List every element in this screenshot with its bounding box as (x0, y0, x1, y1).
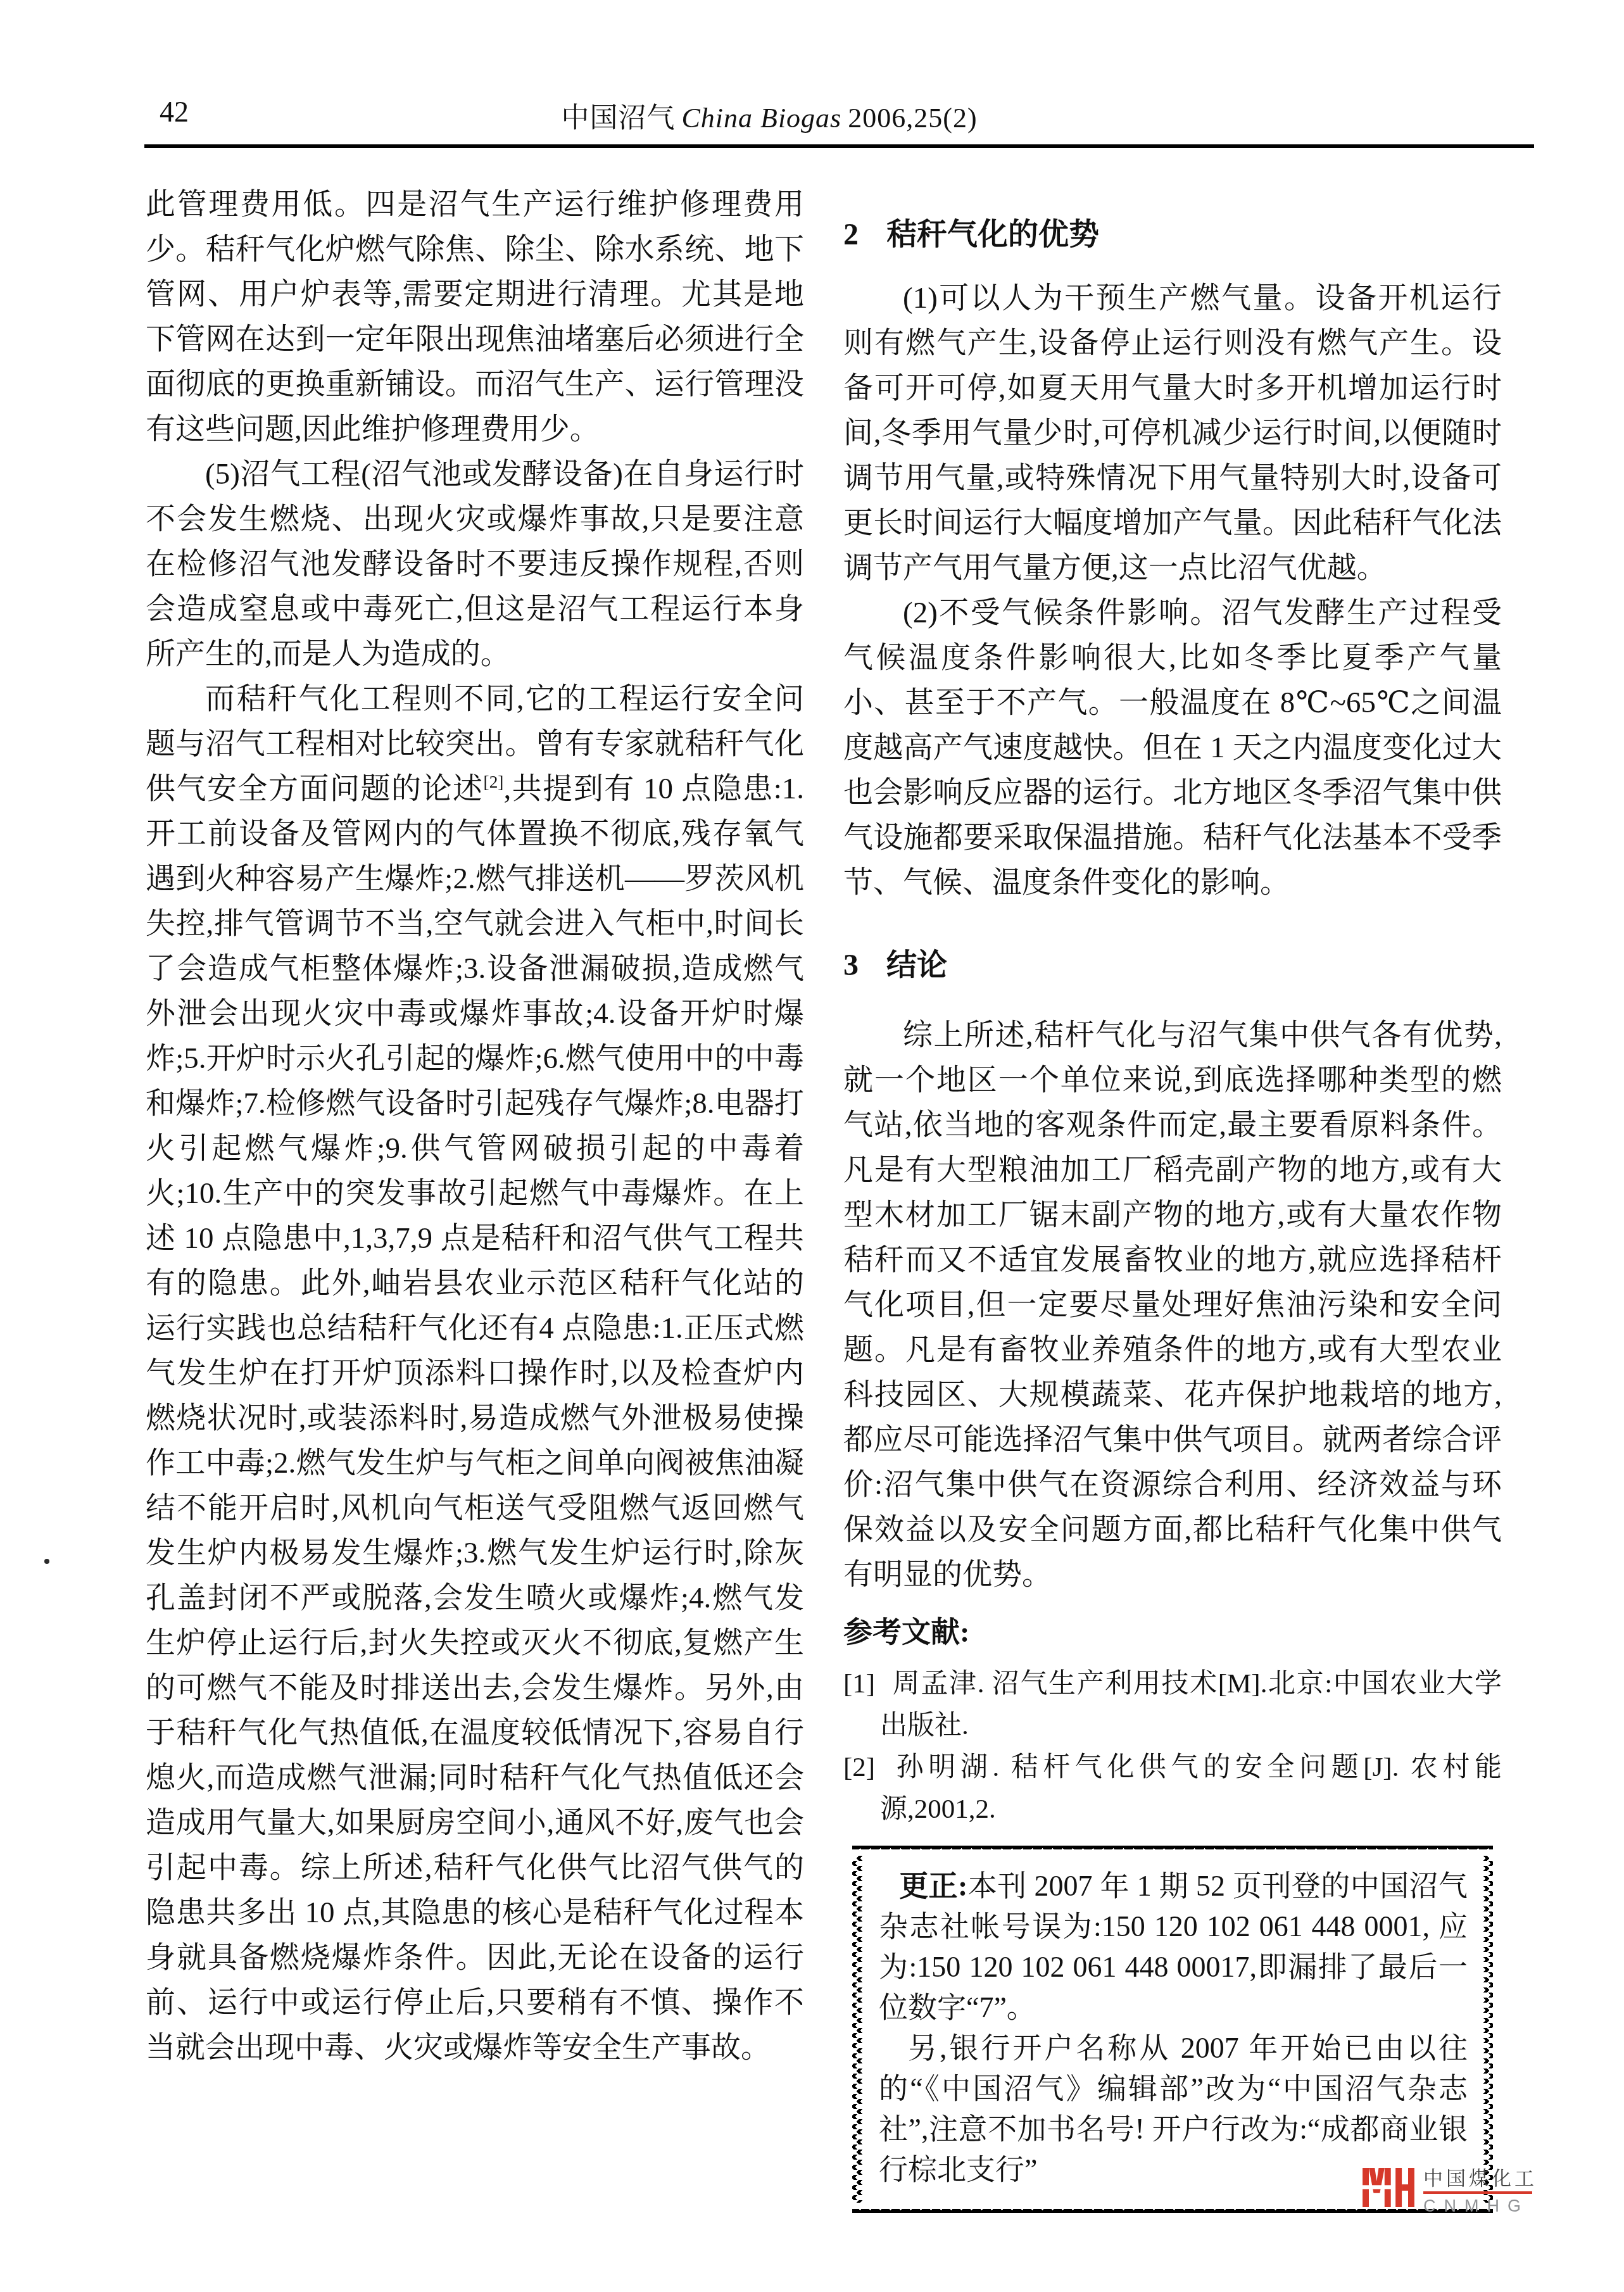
paragraph-biogas-safety: (5)沼气工程(沼气池或发酵设备)在自身运行时不会发生燃烧、出现火灾或爆炸事故,… (146, 452, 804, 677)
journal-header: 中国沼气China Biogas2006,25(2) (0, 95, 1539, 135)
reference-text: 周孟津. 沼气生产利用技术[M].北京:中国农业大学出版社. (880, 1669, 1502, 1741)
citation-superscript-2: [2] (484, 772, 504, 791)
cnmhg-logo-cn: 中国煤化工 (1423, 2168, 1537, 2189)
references-title: 参考文献: (843, 1610, 1502, 1654)
reference-item-1: [1]周孟津. 沼气生产利用技术[M].北京:中国农业大学出版社. (843, 1663, 1502, 1747)
header-divider-rule (144, 144, 1534, 148)
journal-title-en: China Biogas (681, 103, 841, 134)
correction-notice-box: 更正:本刊 2007 年 1 期 52 页刊登的中国沼气杂志社帐号误为:150 … (852, 1846, 1493, 2213)
section-title: 秸秆气化的优势 (886, 218, 1099, 251)
journal-page: { "page": { "number": "42", "header_cn":… (0, 0, 1624, 2292)
notice-box-body: 更正:本刊 2007 年 1 期 52 页刊登的中国沼气杂志社帐号误为:150 … (852, 1856, 1493, 2203)
cnmhg-logo-underline (1423, 2191, 1532, 2194)
notice-label: 更正: (899, 1870, 967, 1902)
left-column: 此管理费用低。四是沼气生产运行维护修理费用少。秸秆气化炉燃气除焦、除尘、除水系统… (146, 182, 804, 2070)
cnmhg-logo: 中国煤化工 CNMHG (1363, 2168, 1537, 2215)
paragraph-advantage-1: (1)可以人为干预生产燃气量。设备开机运行则有燃气产生,设备停止运行则没有燃气产… (843, 276, 1502, 591)
notice-content: 更正:本刊 2007 年 1 期 52 页刊登的中国沼气杂志社帐号误为:150 … (862, 1856, 1483, 2203)
journal-issue: 2006,25(2) (848, 103, 977, 134)
journal-title-cn: 中国沼气 (561, 103, 675, 134)
cnmhg-logo-en: CNMHG (1423, 2196, 1537, 2215)
section-heading-3: 3结论 (843, 943, 1502, 988)
reference-marker: [1] (843, 1669, 875, 1699)
reference-item-2: [2]孙明湖. 秸杆气化供气的安全问题[J]. 农村能源,2001,2. (843, 1747, 1502, 1830)
zigzag-border-top (852, 1846, 1493, 1856)
paragraph-gasification-hazards: 而秸秆气化工程则不同,它的工程运行安全问题与沼气工程相对比较突出。曾有专家就秸秆… (146, 677, 804, 2070)
section-heading-2: 2秸秆气化的优势 (843, 213, 1502, 257)
notice-text: 本刊 2007 年 1 期 52 页刊登的中国沼气杂志社帐号误为:150 120… (879, 1870, 1468, 2024)
paragraph-maintenance-cost: 此管理费用低。四是沼气生产运行维护修理费用少。秸秆气化炉燃气除焦、除尘、除水系统… (146, 182, 804, 452)
notice-paragraph-account: 更正:本刊 2007 年 1 期 52 页刊登的中国沼气杂志社帐号误为:150 … (879, 1866, 1468, 2028)
paragraph-conclusion: 综上所述,秸杆气化与沼气集中供气各有优势,就一个地区一个单位来说,到底选择哪种类… (843, 1013, 1502, 1597)
zigzag-border-right (1483, 1856, 1493, 2203)
reference-marker: [2] (843, 1753, 875, 1782)
paragraph-advantage-2: (2)不受气候条件影响。沼气发酵生产过程受气候温度条件影响很大,比如冬季比夏季产… (843, 591, 1502, 905)
section-number: 3 (843, 948, 859, 982)
stray-ink-dot (44, 1559, 49, 1564)
section-title: 结论 (886, 948, 947, 982)
notice-paragraph-bank: 另,银行开户名称从 2007 年开始已由以往的“《中国沼气》编辑部”改为“中国沼… (879, 2028, 1468, 2190)
zigzag-border-left (852, 1856, 862, 2203)
cnmhg-logo-text: 中国煤化工 CNMHG (1423, 2168, 1537, 2215)
reference-text: 孙明湖. 秸杆气化供气的安全问题[J]. 农村能源,2001,2. (880, 1753, 1502, 1824)
right-column: 2秸秆气化的优势 (1)可以人为干预生产燃气量。设备开机运行则有燃气产生,设备停… (843, 182, 1502, 2213)
cnmhg-logo-mark-icon (1363, 2168, 1414, 2207)
paragraph-text-post: ,共提到有 10 点隐患:1.开工前设备及管网内的气体置换不彻底,残存氧气遇到火… (146, 772, 804, 2064)
section-number: 2 (843, 218, 859, 251)
